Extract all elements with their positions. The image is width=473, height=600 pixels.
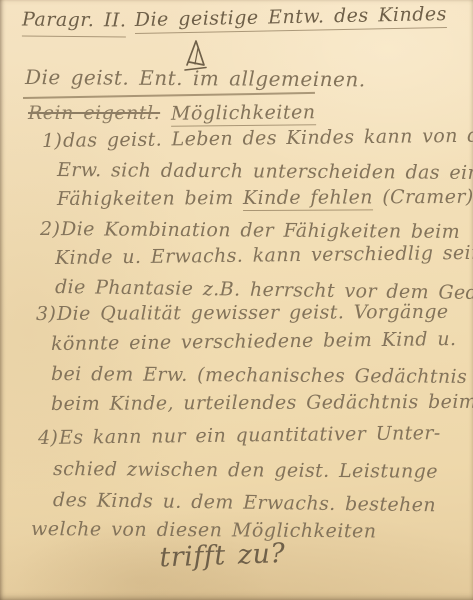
numbered-item-3: 3)Die Qualität gewisser geist. Vorgänge … [36,299,473,419]
line-text: (Cramer) [373,186,473,209]
title-paragraph-number: Paragr. II. [22,9,127,38]
line-text: Die Qualität gewisser geist. Vorgänge [57,301,449,325]
heading-moeglichkeiten: Rein eigentl.Möglichkeiten [28,102,316,126]
item-number: 3) [36,299,57,329]
manuscript-line: schied zwischen den geist. Leistunge [53,454,441,488]
line-text: Fähigkeiten beim [57,187,243,210]
manuscript-line: 4)Es kann nur ein quantitativer Unter- [38,418,441,454]
title-text: Die geistige Entw. des Kindes [135,3,448,34]
manuscript-line: könnte eine verschiedene beim Kind u. [51,323,473,359]
item-number: 2) [40,215,61,244]
crossed-out-text: Rein eigentl. [28,102,160,124]
item-number: 1) [42,127,63,156]
manuscript-line: Kinde u. Erwachs. kann verschiedlig sein… [55,238,473,273]
underlined-phrase: Kinde fehlen [243,186,373,211]
numbered-item-4: 4)Es kann nur ein quantitativer Unter- s… [38,423,441,516]
section-subtitle: Die geist. Ent. im allgemeinen. [25,65,366,91]
manuscript-page: Paragr. II.Die geistige Entw. des Kindes… [0,0,473,600]
underline-stroke [23,92,315,99]
item-number: 4) [38,423,59,454]
manuscript-line: des Kinds u. dem Erwachs. bestehen [53,485,441,521]
manuscript-line: beim Kinde, urteilendes Gedächtnis beim … [51,386,473,419]
page-title: Paragr. II.Die geistige Entw. des Kindes [22,9,448,37]
numbered-item-2: 2)Die Kombination der Fähigkeiten beim K… [40,215,473,309]
manuscript-line: 1)das geist. Leben des Kindes kann von d… [42,121,473,156]
line-text: das geist. Leben des Kindes kann von dem… [63,124,473,152]
line-text: Es kann nur ein quantitativer Unter- [59,422,441,449]
manuscript-line: Fähigkeiten beim Kinde fehlen (Cramer) [57,182,473,214]
numbered-item-1: 1)das geist. Leben des Kindes kann von d… [42,127,473,214]
